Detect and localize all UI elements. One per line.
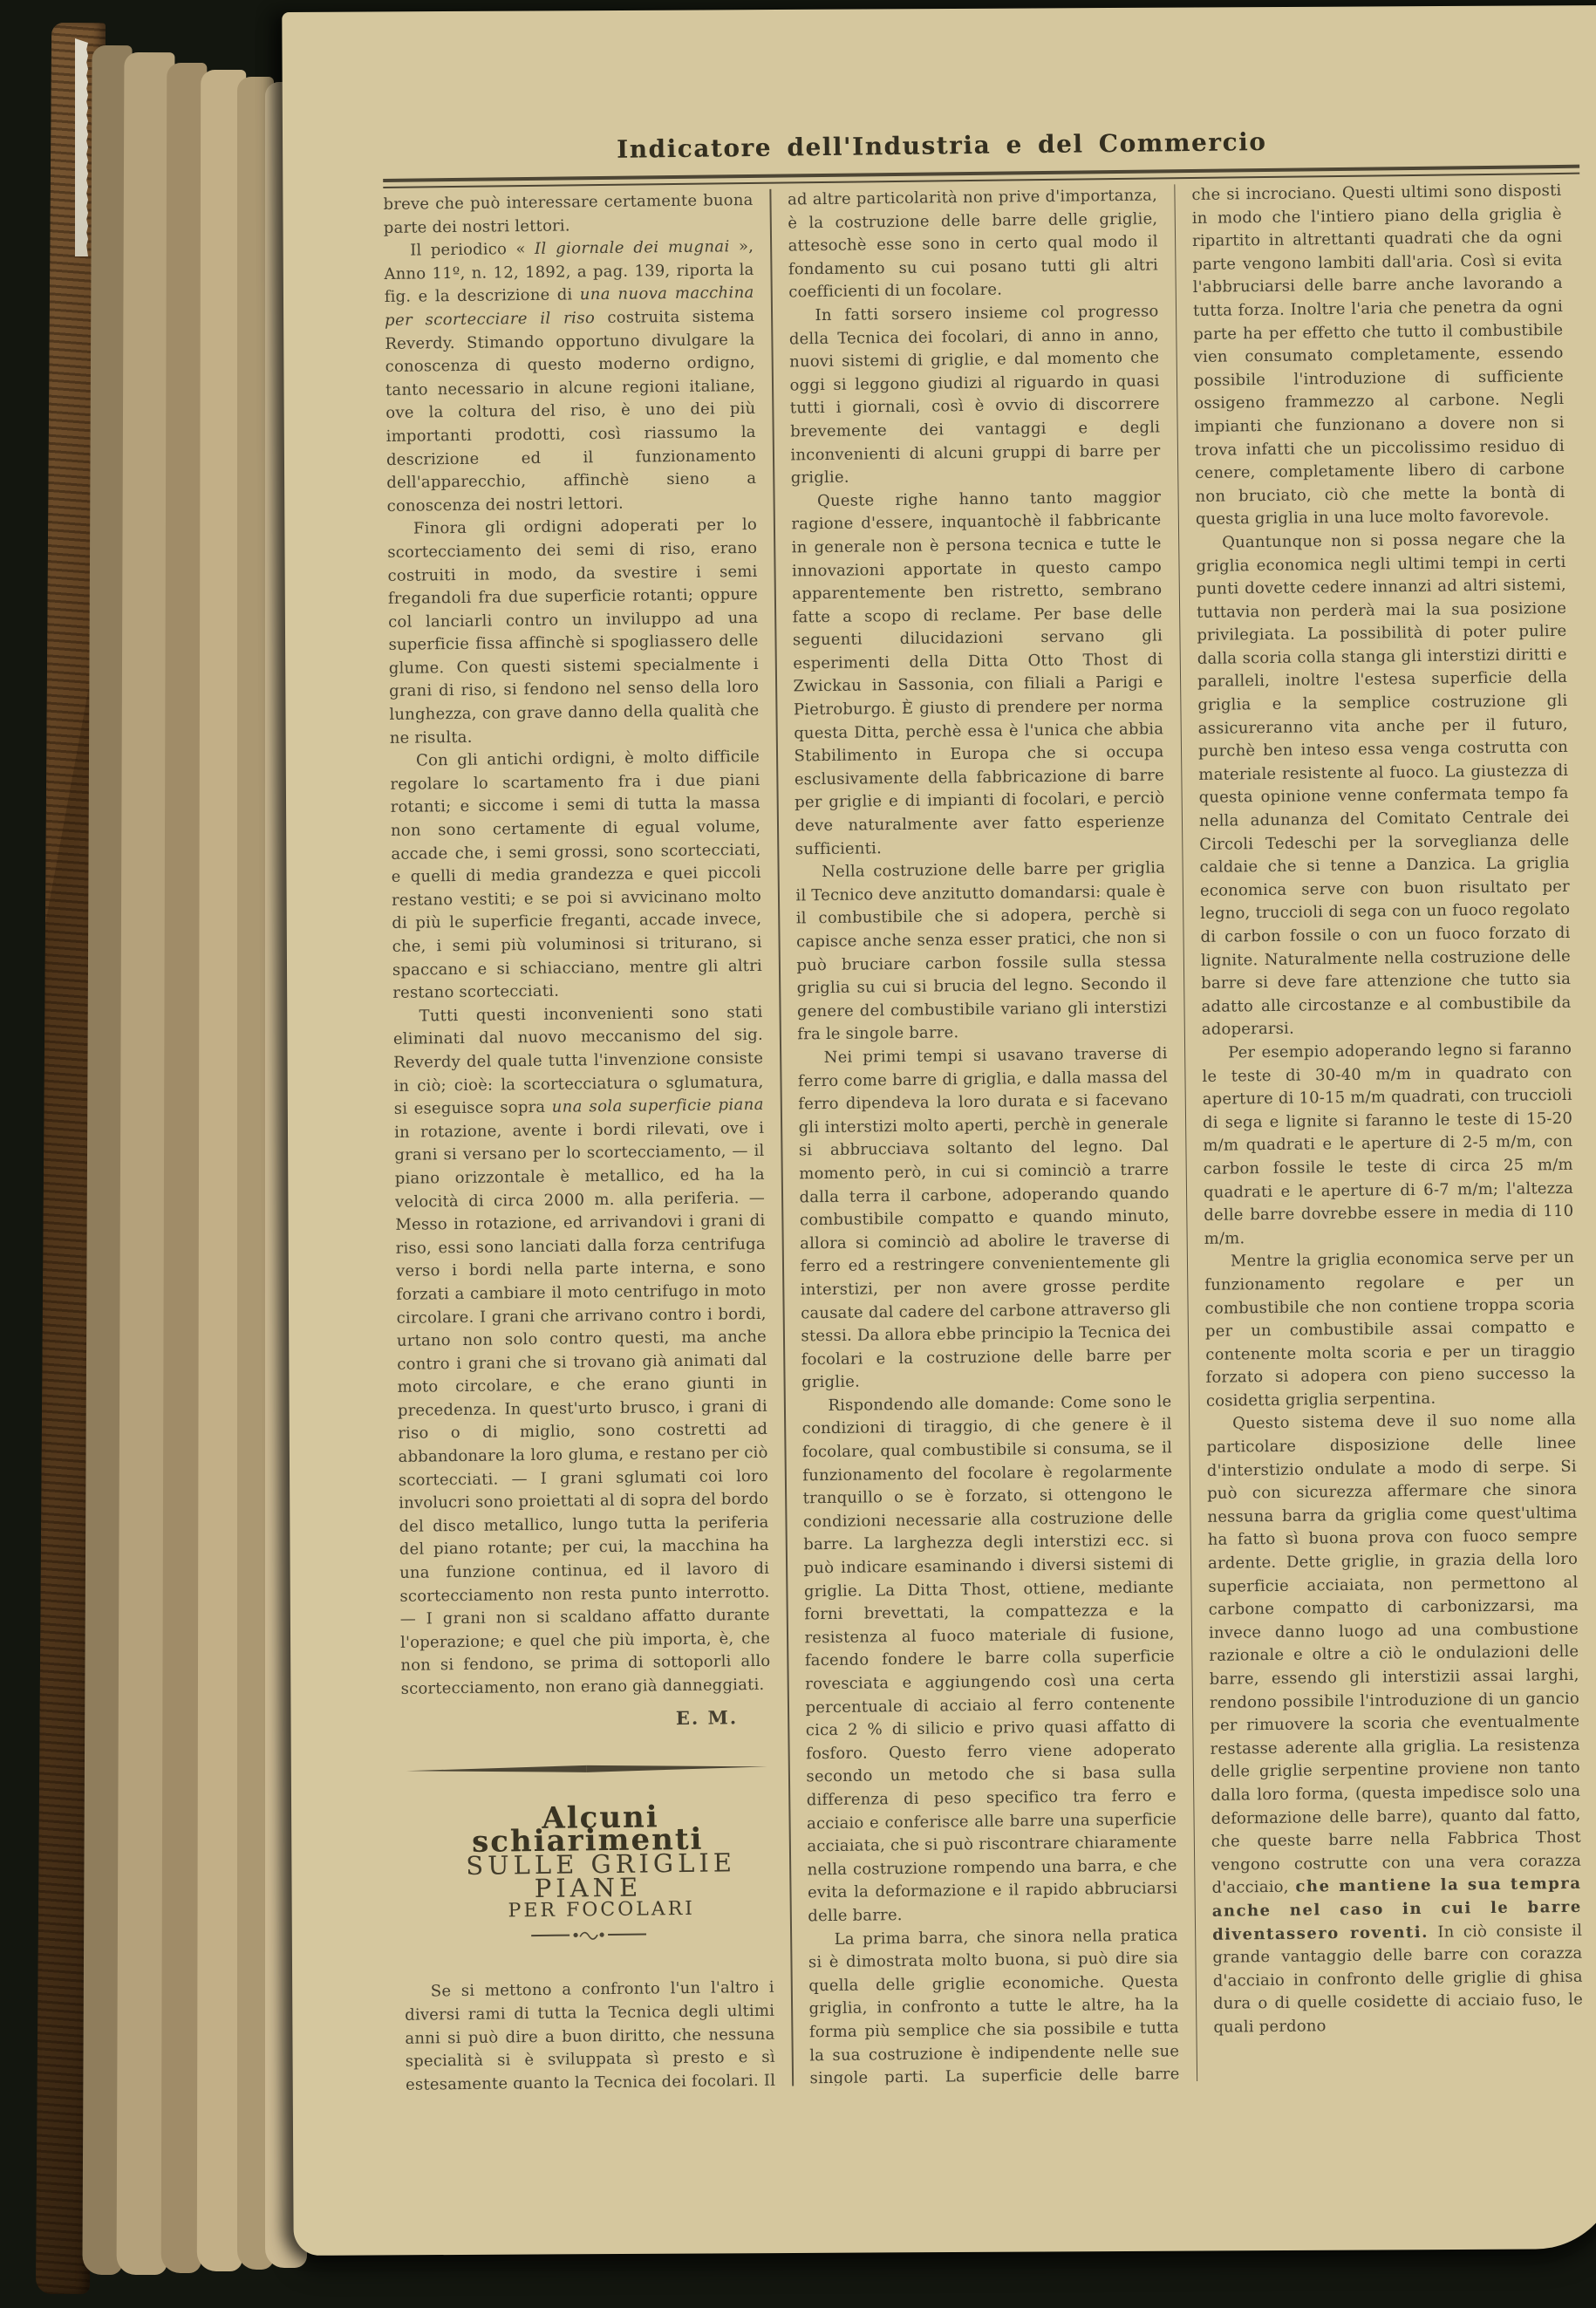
column-rule — [1174, 184, 1197, 2081]
paragraph: Se si mettono a confronto l'un l'altro i… — [405, 1977, 776, 2091]
section-divider-rule — [402, 1755, 772, 1783]
italic-phrase: una sola superficie piana — [552, 1096, 764, 1116]
paragraph: breve che può interessare certamente buo… — [383, 189, 754, 240]
italic-phrase: Il giornale dei mugnai — [535, 237, 730, 258]
paragraph: In fatti sorsero insieme col progresso d… — [788, 300, 1160, 490]
paragraph: Tutti questi inconvenienti sono stati el… — [392, 1001, 770, 1702]
page-marker-strip — [75, 38, 88, 256]
paragraph: Quantunque non si possa negare che la gr… — [1196, 528, 1572, 1042]
paragraph: La prima barra, che sinora nella pratica… — [808, 1924, 1181, 2091]
paragraph: Nella costruzione delle barre per grigli… — [795, 857, 1167, 1048]
paragraph: Per esempio adoperando legno si faranno … — [1202, 1038, 1574, 1251]
heading-flourish-icon — [404, 1922, 774, 1950]
text-columns: breve che può interessare certamente buo… — [383, 180, 1596, 2091]
journal-title: Indicatore dell'Industria e del Commerci… — [383, 125, 1501, 167]
page-content: Indicatore dell'Industria e del Commerci… — [383, 124, 1596, 2091]
column-3: che si incrociano. Questi ultimi sono di… — [1191, 180, 1584, 2081]
paragraph: Queste righe hanno tanto maggior ragione… — [791, 486, 1165, 862]
text-run: Il periodico « — [410, 240, 535, 260]
article-subtitle: SULLE GRIGLIE PIANE — [403, 1851, 774, 1902]
column-rule — [769, 189, 793, 2086]
paragraph: ad altre particolarità non prive d'impor… — [788, 184, 1159, 304]
paragraph: Questo sistema deve il suo nome alla par… — [1206, 1409, 1583, 2039]
author-signature: E. M. — [401, 1705, 771, 1733]
paragraph: Mentre la griglia economica serve per un… — [1204, 1246, 1576, 1413]
column-1: breve che può interessare certamente buo… — [383, 189, 775, 2091]
paragraph: Nei primi tempi si usavano traverse di f… — [798, 1042, 1172, 1395]
tapered-rule-icon — [406, 1763, 767, 1775]
column-2: ad altre particolarità non prive d'impor… — [788, 184, 1180, 2086]
paragraph: Rispondendo alle domande: Come sono le c… — [801, 1390, 1177, 1929]
magazine-page: Indicatore dell'Industria e del Commerci… — [282, 5, 1596, 2256]
flourish-ornament-icon — [531, 1929, 646, 1941]
paragraph: Il periodico « Il giornale dei mugnai »,… — [384, 236, 757, 518]
text-run: costruita sistema Reverdy. Stimando oppo… — [385, 307, 756, 516]
paragraph: Con gli antichi ordigni, è molto diffici… — [390, 746, 762, 1006]
text-run: Questo sistema deve il suo nome alla par… — [1206, 1410, 1581, 1897]
article-subtitle-2: PER FOCOLARI — [404, 1897, 774, 1925]
paragraph: Finora gli ordigni adoperati per lo scor… — [387, 514, 760, 750]
text-run: in rotazione, avente i bordi rilevati, o… — [394, 1119, 770, 1698]
paragraph: che si incrociano. Questi ultimi sono di… — [1191, 180, 1565, 532]
